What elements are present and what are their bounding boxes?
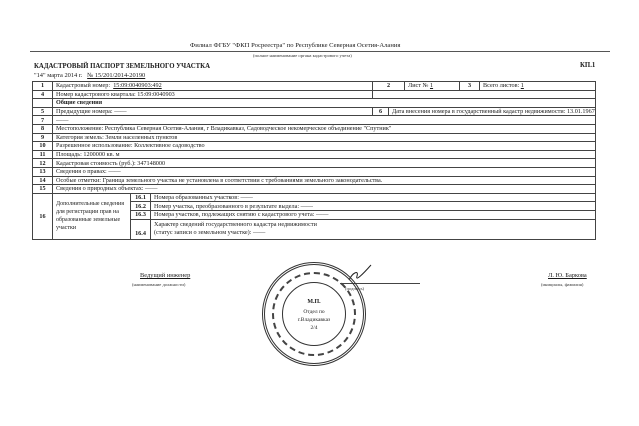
official-stamp: М.П. Отдел по г.Владикавказ 2/4 bbox=[262, 262, 366, 366]
table-row-14: 14 Особые отметки: Граница земельного уч… bbox=[33, 176, 596, 185]
position-caption: (наименование должности) bbox=[132, 282, 185, 287]
position-title: Ведущий инженер bbox=[140, 272, 190, 279]
special-notes: Особые отметки: Граница земельного участ… bbox=[53, 176, 596, 185]
empty-cell bbox=[373, 90, 596, 99]
sub-row-number: 16.1 bbox=[131, 193, 151, 202]
row-number: 4 bbox=[33, 90, 53, 99]
previous-numbers: Предыдущие номера: —— bbox=[53, 107, 373, 116]
row-number: 3 bbox=[460, 82, 480, 91]
issue-date: "14" марта 2014 г. bbox=[34, 72, 82, 79]
table-row-16-1: 16 Дополнительные сведения для регистрац… bbox=[33, 193, 596, 202]
document-title: КАДАСТРОВЫЙ ПАСПОРТ ЗЕМЕЛЬНОГО УЧАСТКА bbox=[34, 63, 210, 70]
row-number: 8 bbox=[33, 124, 53, 133]
section-general-title: Общие сведения bbox=[53, 99, 596, 108]
row-number: 9 bbox=[33, 133, 53, 142]
additional-info-label: Дополнительные сведения для регистрации … bbox=[53, 193, 131, 239]
plots-to-remove: Номера участков, подлежащих снятию с кад… bbox=[151, 210, 596, 219]
table-row-11: 11 Площадь: 1200000 кв. м bbox=[33, 150, 596, 159]
natural-objects: Сведения о природных объектах: —— bbox=[53, 185, 596, 194]
table-row-15: 15 Сведения о природных объектах: —— bbox=[33, 185, 596, 194]
formed-plots: Номера образованных участков: —— bbox=[151, 193, 596, 202]
stamp-line-1: Отдел по bbox=[265, 309, 363, 315]
cadastral-value: Кадастровая стоимость (руб.): 347148000 bbox=[53, 159, 596, 168]
row-number: 7 bbox=[33, 116, 53, 125]
cadastral-number: Кадастровый номер: 15:09:0040903:492 bbox=[53, 82, 373, 91]
sheet-number: Лист № 1 bbox=[405, 82, 460, 91]
row-number: 6 bbox=[373, 107, 389, 116]
row-number: 1 bbox=[33, 82, 53, 91]
cadastral-quarter: Номер кадастрового квартала: 15:09:00409… bbox=[53, 90, 373, 99]
signer-name: Л. Ю. Баркова bbox=[548, 272, 587, 279]
row-number: 15 bbox=[33, 185, 53, 194]
organization-name: Филиал ФГБУ "ФКП Росреестра" по Республи… bbox=[190, 42, 400, 49]
table-row-13: 13 Сведения о правах: —— bbox=[33, 167, 596, 176]
row-number: 16 bbox=[33, 193, 53, 239]
table-row-5: 5 Предыдущие номера: —— 6 Дата внесения … bbox=[33, 107, 596, 116]
table-row-10: 10 Разрешенное использование: Коллективн… bbox=[33, 142, 596, 151]
table-row-12: 12 Кадастровая стоимость (руб.): 3471480… bbox=[33, 159, 596, 168]
sub-row-number: 16.2 bbox=[131, 202, 151, 211]
document-date: "14" марта 2014 г. № 15/201/2014-20190 bbox=[34, 72, 145, 79]
cadastral-table: 1 Кадастровый номер: 15:09:0040903:492 2… bbox=[32, 81, 596, 240]
row-number: 10 bbox=[33, 142, 53, 151]
record-status: Характер сведений государственного кадас… bbox=[151, 219, 596, 239]
total-sheets: Всего листов: 1 bbox=[480, 82, 596, 91]
location: Местоположение: Республика Северная Осет… bbox=[53, 124, 596, 133]
form-code: КП.1 bbox=[580, 62, 595, 69]
land-category: Категория земель: Земли населенных пункт… bbox=[53, 133, 596, 142]
row-number: 13 bbox=[33, 167, 53, 176]
sub-row-number: 16.4 bbox=[131, 219, 151, 239]
stamp-mp: М.П. bbox=[265, 299, 363, 305]
row-number: 11 bbox=[33, 150, 53, 159]
row-7-value: —— bbox=[53, 116, 596, 125]
rights-info: Сведения о правах: —— bbox=[53, 167, 596, 176]
permitted-use: Разрешенное использование: Коллективное … bbox=[53, 142, 596, 151]
area: Площадь: 1200000 кв. м bbox=[53, 150, 596, 159]
table-row-7: 7 —— bbox=[33, 116, 596, 125]
table-row-1: 1 Кадастровый номер: 15:09:0040903:492 2… bbox=[33, 82, 596, 91]
sub-row-number: 16.3 bbox=[131, 210, 151, 219]
row-number: 2 bbox=[373, 82, 405, 91]
stamp-line-3: 2/4 bbox=[265, 325, 363, 331]
empty-cell bbox=[33, 99, 53, 108]
row-number: 12 bbox=[33, 159, 53, 168]
stamp-line-2: г.Владикавказ bbox=[265, 317, 363, 323]
transformed-plot: Номер участка, преобразованного в резуль… bbox=[151, 202, 596, 211]
header-divider bbox=[30, 51, 610, 52]
cadastral-number-value: 15:09:0040903:492 bbox=[113, 82, 161, 89]
row-number: 14 bbox=[33, 176, 53, 185]
section-general-row: Общие сведения bbox=[33, 99, 596, 108]
table-row-9: 9 Категория земель: Земли населенных пун… bbox=[33, 133, 596, 142]
registration-date: Дата внесения номера в государственный к… bbox=[389, 107, 596, 116]
document-number: № 15/201/2014-20190 bbox=[87, 72, 145, 79]
table-row-8: 8 Местоположение: Республика Северная Ос… bbox=[33, 124, 596, 133]
table-row-4: 4 Номер кадастрового квартала: 15:09:004… bbox=[33, 90, 596, 99]
name-caption: (инициалы, фамилия) bbox=[541, 282, 583, 287]
row-number: 5 bbox=[33, 107, 53, 116]
organization-caption: (полное наименование органа кадастрового… bbox=[253, 53, 352, 58]
